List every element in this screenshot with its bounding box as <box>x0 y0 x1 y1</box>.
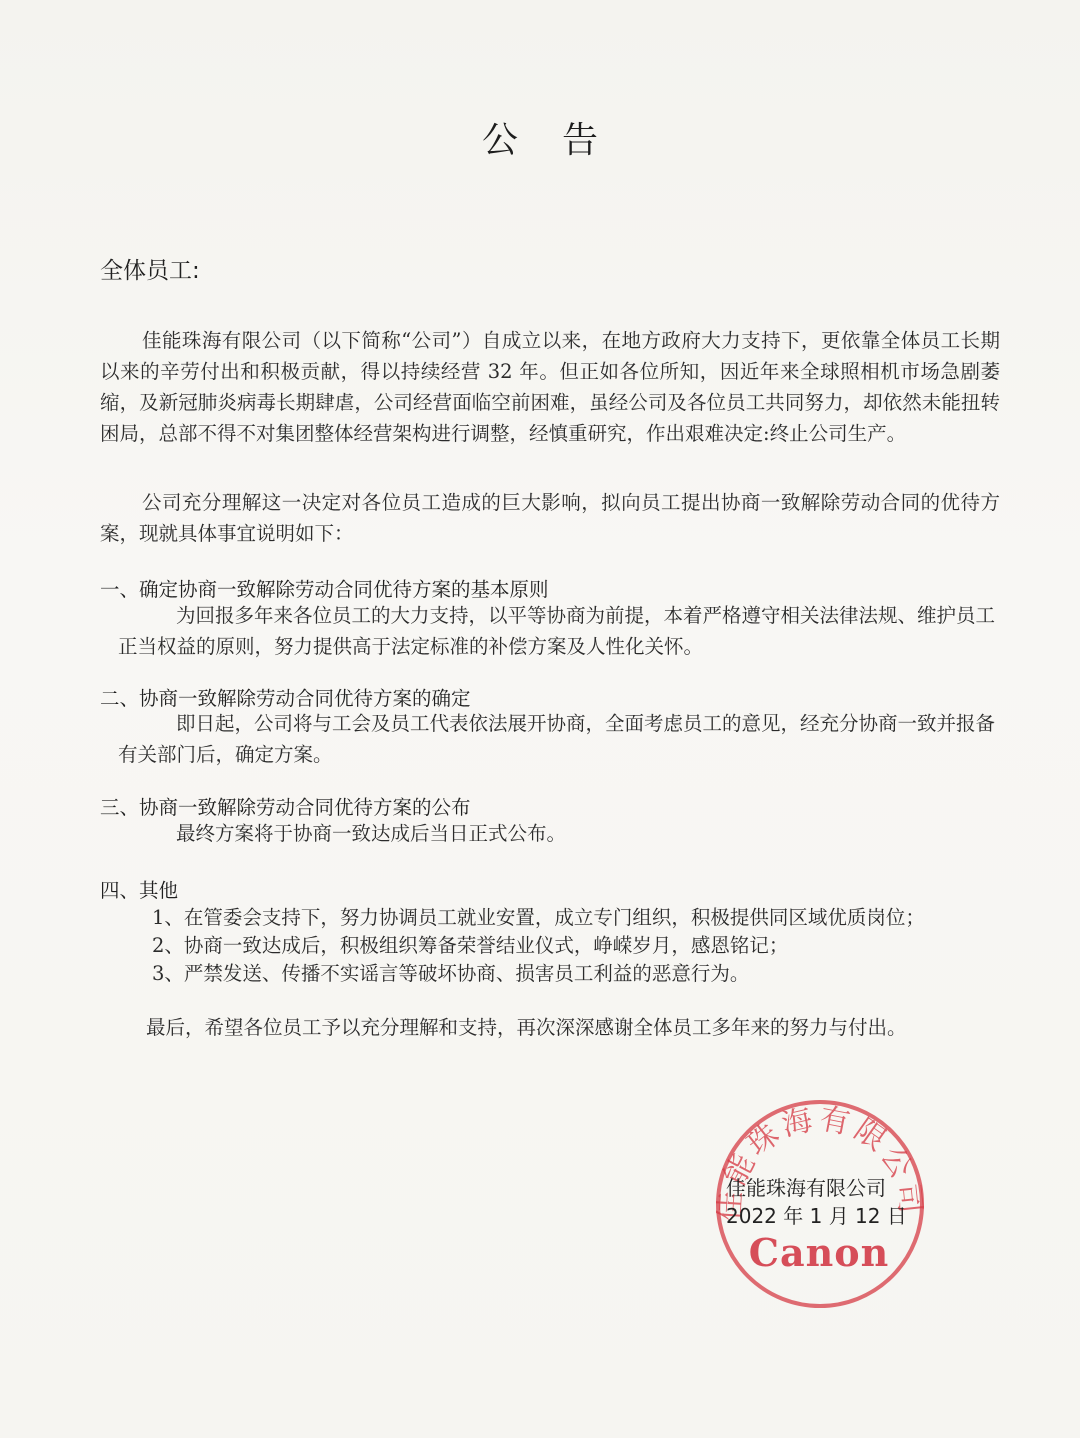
signer-company: 佳能珠海有限公司 <box>726 1172 886 1201</box>
section-heading-other: 四、其他 <box>100 875 178 903</box>
signature-date: 2022 年 1 月 12 日 <box>726 1200 907 1229</box>
canon-logo: Canon <box>744 1230 894 1275</box>
intro-paragraph: 佳能珠海有限公司（以下简称“公司”）自成立以来，在地方政府大力支持下，更依靠全体… <box>100 325 1000 449</box>
salutation: 全体员工: <box>100 252 200 285</box>
section-heading-determination: 二、协商一致解除劳动合同优待方案的确定 <box>100 683 471 711</box>
section-body-principles: 为回报多年来各位员工的大力支持，以平等协商为前提，本着严格遵守相关法律法规、维护… <box>118 600 998 662</box>
section-heading-announcement: 三、协商一致解除劳动合同优待方案的公布 <box>100 792 471 820</box>
section-heading-principles: 一、确定协商一致解除劳动合同优待方案的基本原则 <box>100 574 549 602</box>
list-item: 2、协商一致达成后，积极组织筹备荣誉结业仪式，峥嵘岁月，感恩铭记； <box>152 930 788 958</box>
section-body-announcement: 最终方案将于协商一致达成后当日正式公布。 <box>118 818 998 849</box>
document-title: 公告 <box>0 112 1080 163</box>
document-page: 公告 全体员工: 佳能珠海有限公司（以下简称“公司”）自成立以来，在地方政府大力… <box>0 0 1080 1438</box>
intent-paragraph: 公司充分理解这一决定对各位员工造成的巨大影响，拟向员工提出协商一致解除劳动合同的… <box>100 487 1000 549</box>
closing-paragraph: 最后，希望各位员工予以充分理解和支持，再次深深感谢全体员工多年来的努力与付出。 <box>146 1012 907 1040</box>
list-item: 1、在管委会支持下，努力协调员工就业安置，成立专门组织，积极提供同区域优质岗位； <box>152 902 925 930</box>
section-body-determination: 即日起，公司将与工会及员工代表依法展开协商，全面考虑员工的意见，经充分协商一致并… <box>118 708 998 770</box>
list-item: 3、严禁发送、传播不实谣言等破坏协商、损害员工利益的恶意行为。 <box>152 958 749 986</box>
